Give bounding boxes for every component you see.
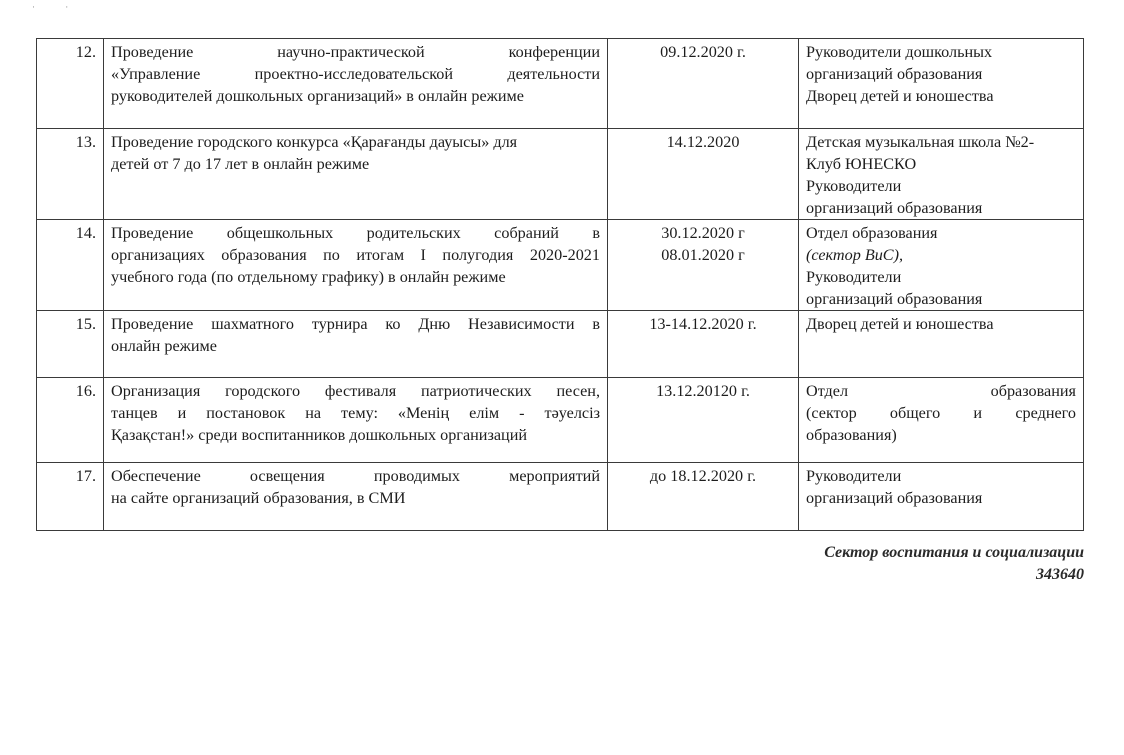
footer-phone: 343640 bbox=[824, 564, 1084, 586]
responsible-line: Дворец детей и юношества bbox=[806, 85, 1076, 107]
responsible-line: организаций образования bbox=[806, 197, 1076, 219]
activity-line: Қазақстан!» среди воспитанников дошкольн… bbox=[111, 424, 600, 446]
activity-line: онлайн режиме bbox=[111, 335, 600, 357]
responsible-line: Дворец детей и юношества bbox=[806, 313, 1076, 335]
activity-line: Обеспечение освещения проводимых меропри… bbox=[111, 465, 600, 487]
responsible-cell: Руководители дошкольныхорганизаций образ… bbox=[799, 39, 1084, 129]
date-cell: 30.12.2020 г08.01.2020 г bbox=[608, 220, 799, 311]
responsible-cell: Руководителиорганизаций образования bbox=[799, 463, 1084, 531]
responsible-line: Руководители дошкольных bbox=[806, 41, 1076, 63]
date-line: до 18.12.2020 г. bbox=[615, 465, 791, 487]
activity-line: Организация городского фестиваля патриот… bbox=[111, 380, 600, 402]
responsible-line: организаций образования bbox=[806, 487, 1076, 509]
activity-cell: Проведение научно-практической конференц… bbox=[104, 39, 608, 129]
date-cell: 09.12.2020 г. bbox=[608, 39, 799, 129]
document-footer: Сектор воспитания и социализации 343640 bbox=[824, 542, 1084, 586]
responsible-cell: Дворец детей и юношества bbox=[799, 311, 1084, 378]
responsible-line: Отдел образования bbox=[806, 222, 1076, 244]
activity-cell: Обеспечение освещения проводимых меропри… bbox=[104, 463, 608, 531]
row-number: 14. bbox=[37, 220, 104, 311]
date-line: 13-14.12.2020 г. bbox=[615, 313, 791, 335]
activity-line: руководителей дошкольных организаций» в … bbox=[111, 85, 600, 107]
activity-line: на сайте организаций образования, в СМИ bbox=[111, 487, 600, 509]
activity-line: организациях образования по итогам I пол… bbox=[111, 244, 600, 266]
date-cell: 13.12.20120 г. bbox=[608, 378, 799, 463]
table-row: 16.Организация городского фестиваля патр… bbox=[37, 378, 1084, 463]
responsible-line: (сектор ВиС), bbox=[806, 244, 1076, 266]
responsible-line: организаций образования bbox=[806, 288, 1076, 310]
date-line: 14.12.2020 bbox=[615, 131, 791, 153]
date-cell: 14.12.2020 bbox=[608, 129, 799, 220]
activity-line: учебного года (по отдельному графику) в … bbox=[111, 266, 600, 288]
scan-artifact: · · bbox=[32, 2, 82, 12]
row-number: 13. bbox=[37, 129, 104, 220]
date-line: 08.01.2020 г bbox=[615, 244, 791, 266]
responsible-line: Руководители bbox=[806, 175, 1076, 197]
activity-line: детей от 7 до 17 лет в онлайн режиме bbox=[111, 153, 600, 175]
activity-cell: Организация городского фестиваля патриот… bbox=[104, 378, 608, 463]
responsible-line: Клуб ЮНЕСКО bbox=[806, 153, 1076, 175]
activity-line: Проведение научно-практической конференц… bbox=[111, 41, 600, 63]
row-number: 12. bbox=[37, 39, 104, 129]
row-number: 16. bbox=[37, 378, 104, 463]
activity-line: Проведение шахматного турнира ко Дню Нез… bbox=[111, 313, 600, 335]
table-row: 15.Проведение шахматного турнира ко Дню … bbox=[37, 311, 1084, 378]
date-cell: 13-14.12.2020 г. bbox=[608, 311, 799, 378]
responsible-line: Отдел образования bbox=[806, 380, 1076, 402]
date-line: 30.12.2020 г bbox=[615, 222, 791, 244]
activity-cell: Проведение городского конкурса «Қарағанд… bbox=[104, 129, 608, 220]
responsible-line: Детская музыкальная школа №2- bbox=[806, 131, 1076, 153]
events-plan-table: 12.Проведение научно-практической конфер… bbox=[36, 38, 1084, 531]
activity-line: Проведение общешкольных родительских соб… bbox=[111, 222, 600, 244]
responsible-line: (сектор общего и среднего bbox=[806, 402, 1076, 424]
date-line: 09.12.2020 г. bbox=[615, 41, 791, 63]
activity-line: танцев и постановок на тему: «Менің елім… bbox=[111, 402, 600, 424]
responsible-line: Руководители bbox=[806, 266, 1076, 288]
table-row: 14.Проведение общешкольных родительских … bbox=[37, 220, 1084, 311]
row-number: 17. bbox=[37, 463, 104, 531]
date-cell: до 18.12.2020 г. bbox=[608, 463, 799, 531]
date-line: 13.12.20120 г. bbox=[615, 380, 791, 402]
responsible-line: образования) bbox=[806, 424, 1076, 446]
row-number: 15. bbox=[37, 311, 104, 378]
responsible-cell: Детская музыкальная школа №2-Клуб ЮНЕСКО… bbox=[799, 129, 1084, 220]
responsible-line: организаций образования bbox=[806, 63, 1076, 85]
activity-cell: Проведение общешкольных родительских соб… bbox=[104, 220, 608, 311]
table-row: 17.Обеспечение освещения проводимых меро… bbox=[37, 463, 1084, 531]
activity-line: Проведение городского конкурса «Қарағанд… bbox=[111, 131, 600, 153]
responsible-line: Руководители bbox=[806, 465, 1076, 487]
activity-line: «Управление проектно-исследовательской д… bbox=[111, 63, 600, 85]
activity-cell: Проведение шахматного турнира ко Дню Нез… bbox=[104, 311, 608, 378]
events-plan-body: 12.Проведение научно-практической конфер… bbox=[37, 39, 1084, 531]
table-row: 13.Проведение городского конкурса «Қарағ… bbox=[37, 129, 1084, 220]
responsible-cell: Отдел образования(сектор общего и средне… bbox=[799, 378, 1084, 463]
responsible-cell: Отдел образования(сектор ВиС),Руководите… bbox=[799, 220, 1084, 311]
table-row: 12.Проведение научно-практической конфер… bbox=[37, 39, 1084, 129]
footer-department: Сектор воспитания и социализации bbox=[824, 542, 1084, 564]
